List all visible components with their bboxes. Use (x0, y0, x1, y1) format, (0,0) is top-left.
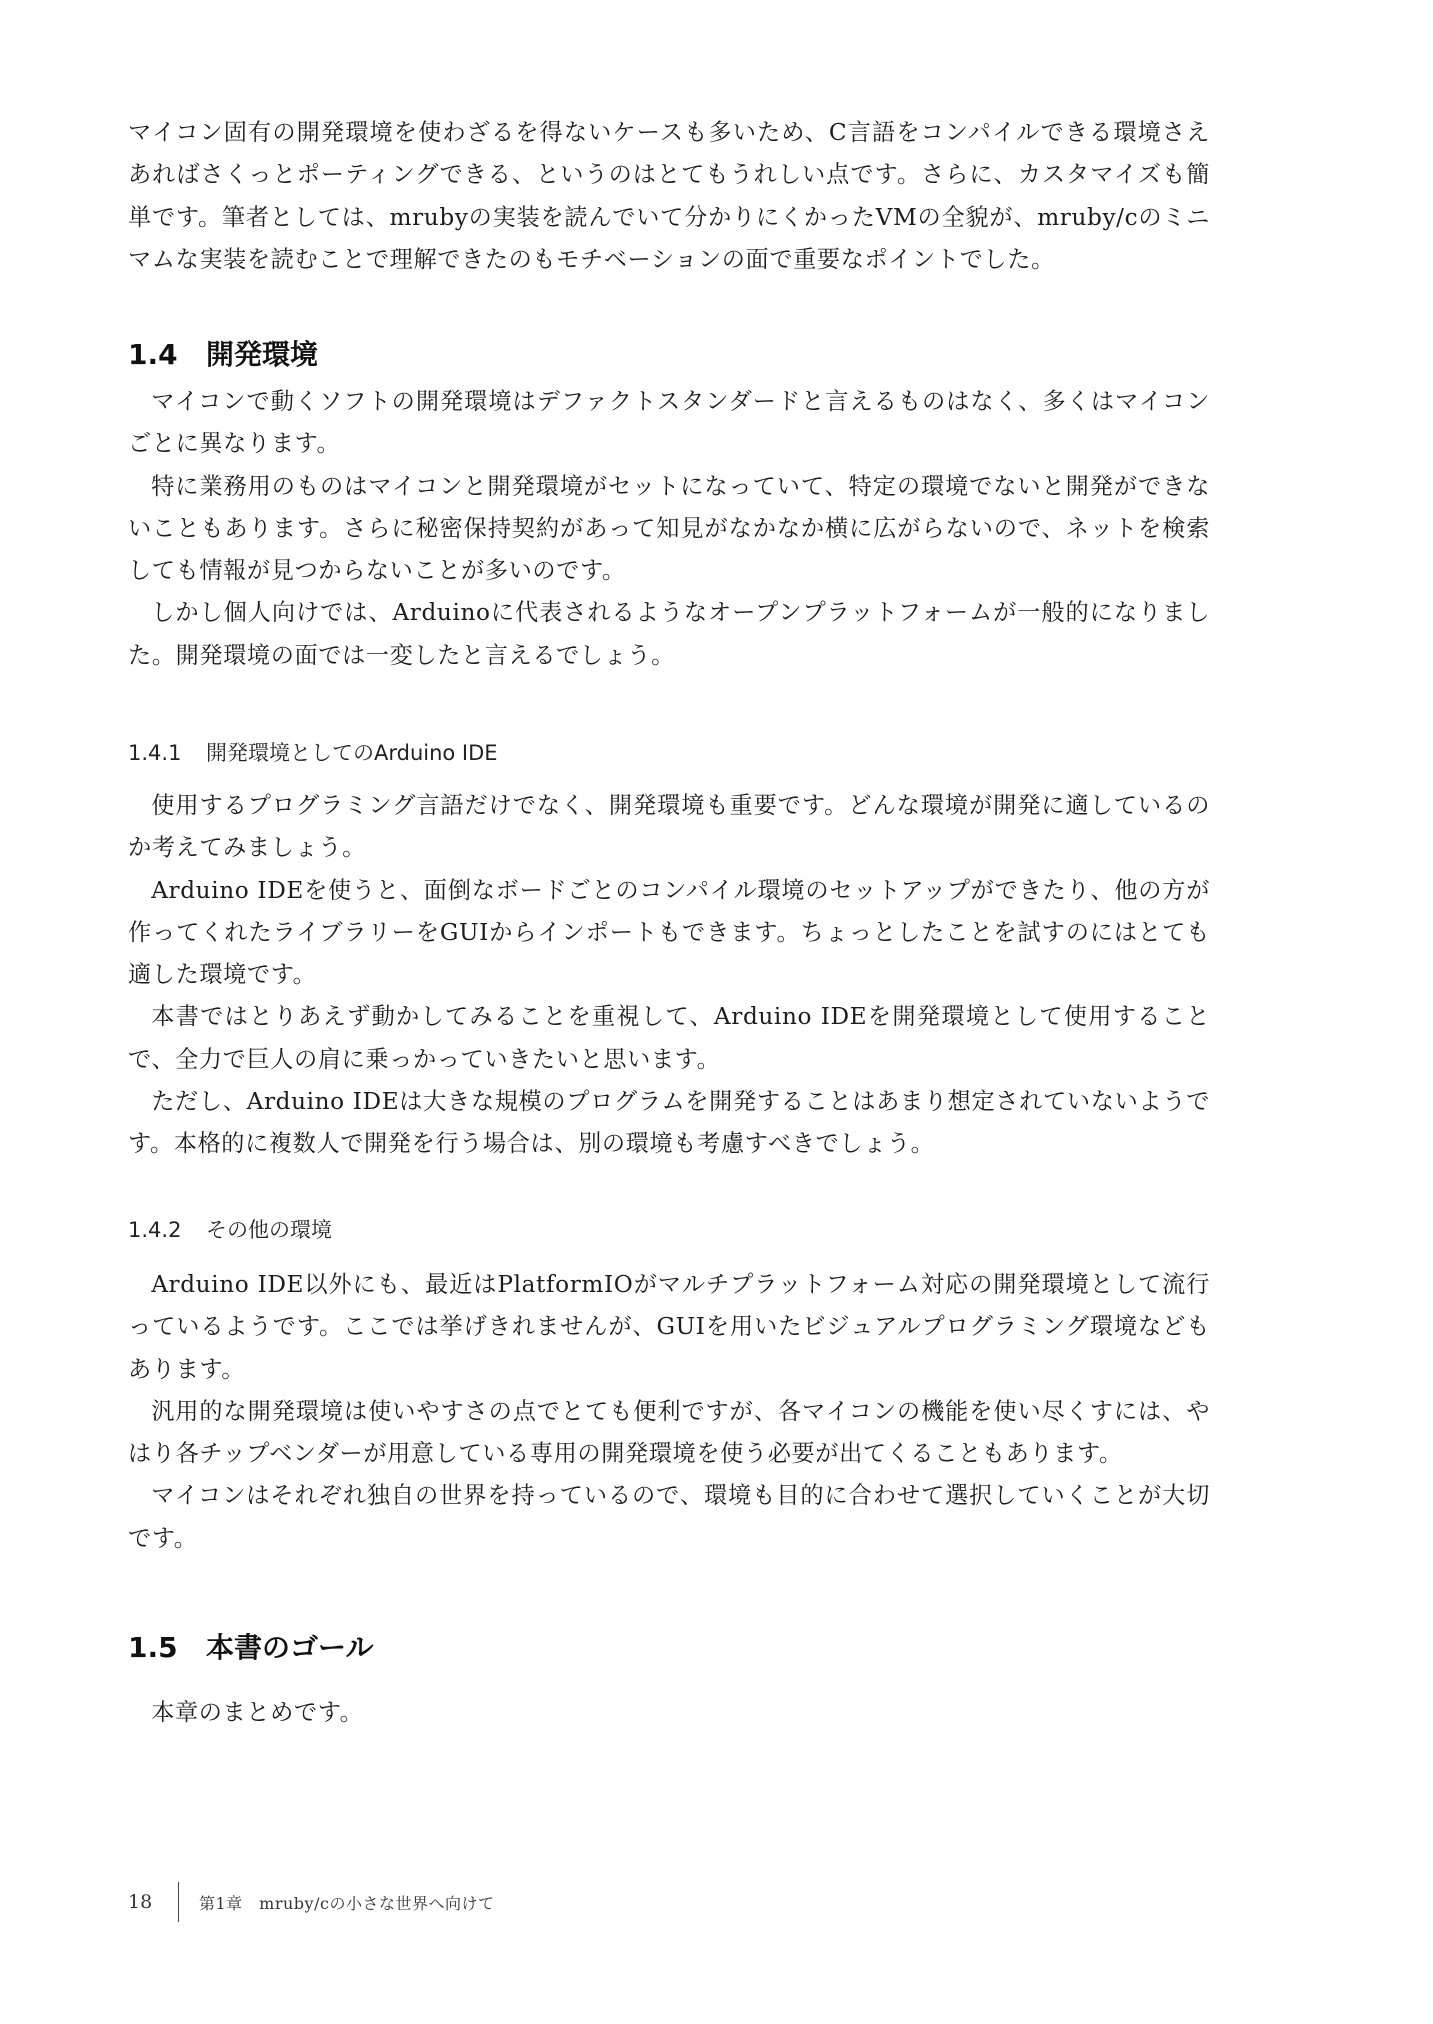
paragraph: Arduino IDE以外にも、最近はPlatformIOがマルチプラットフォー… (128, 1264, 1210, 1391)
intro-paragraph: マイコン固有の開発環境を使わざるを得ないケースも多いため、C言語をコンパイルでき… (128, 112, 1210, 281)
subsection-title: その他の環境 (206, 1218, 332, 1242)
section-title: 本書のゴール (206, 1631, 373, 1664)
footer-divider (178, 1882, 179, 1922)
section-1-5-body: 本章のまとめです。 (128, 1692, 1210, 1734)
paragraph: マイコンで動くソフトの開発環境はデファクトスタンダードと言えるものはなく、多くは… (128, 381, 1210, 466)
section-1-4-body: マイコンで動くソフトの開発環境はデファクトスタンダードと言えるものはなく、多くは… (128, 381, 1210, 677)
subsection-number: 1.4.2 (128, 1216, 206, 1244)
subsection-heading-1-4-1: 1.4.1開発環境としてのArduino IDE (128, 739, 1210, 767)
paragraph: しかし個人向けでは、Arduinoに代表されるようなオープンプラットフォームが一… (128, 592, 1210, 677)
subsection-title: 開発環境としてのArduino IDE (206, 741, 498, 765)
intro-section: マイコン固有の開発環境を使わざるを得ないケースも多いため、C言語をコンパイルでき… (128, 112, 1210, 281)
section-heading-1-4: 1.4開発環境 (128, 337, 1210, 373)
subsection-number: 1.4.1 (128, 739, 206, 767)
section-1-4-2-body: Arduino IDE以外にも、最近はPlatformIOがマルチプラットフォー… (128, 1264, 1210, 1560)
section-1-4-1-body: 使用するプログラミング言語だけでなく、開発環境も重要です。どんな環境が開発に適し… (128, 785, 1210, 1166)
paragraph: 汎用的な開発環境は使いやすさの点でとても便利ですが、各マイコンの機能を使い尽くす… (128, 1391, 1210, 1476)
paragraph: 本書ではとりあえず動かしてみることを重視して、Arduino IDEを開発環境と… (128, 996, 1210, 1081)
page-number: 18 (128, 1891, 178, 1913)
page-footer: 18 第1章 mruby/cの小さな世界へ向けて (128, 1880, 494, 1924)
section-number: 1.4 (128, 337, 206, 373)
subsection-heading-1-4-2: 1.4.2その他の環境 (128, 1216, 1210, 1244)
paragraph: Arduino IDEを使うと、面倒なボードごとのコンパイル環境のセットアップが… (128, 870, 1210, 997)
section-number: 1.5 (128, 1630, 206, 1666)
book-page: マイコン固有の開発環境を使わざるを得ないケースも多いため、C言語をコンパイルでき… (0, 0, 1433, 2024)
section-heading-1-5: 1.5本書のゴール (128, 1630, 1210, 1666)
paragraph: 本章のまとめです。 (128, 1692, 1210, 1734)
section-title: 開発環境 (206, 338, 318, 371)
paragraph: マイコンはそれぞれ独自の世界を持っているので、環境も目的に合わせて選択していくこ… (128, 1475, 1210, 1560)
paragraph: 使用するプログラミング言語だけでなく、開発環境も重要です。どんな環境が開発に適し… (128, 785, 1210, 870)
paragraph: 特に業務用のものはマイコンと開発環境がセットになっていて、特定の環境でないと開発… (128, 466, 1210, 593)
paragraph: ただし、Arduino IDEは大きな規模のプログラムを開発することはあまり想定… (128, 1081, 1210, 1166)
running-head: 第1章 mruby/cの小さな世界へ向けて (199, 1891, 494, 1914)
